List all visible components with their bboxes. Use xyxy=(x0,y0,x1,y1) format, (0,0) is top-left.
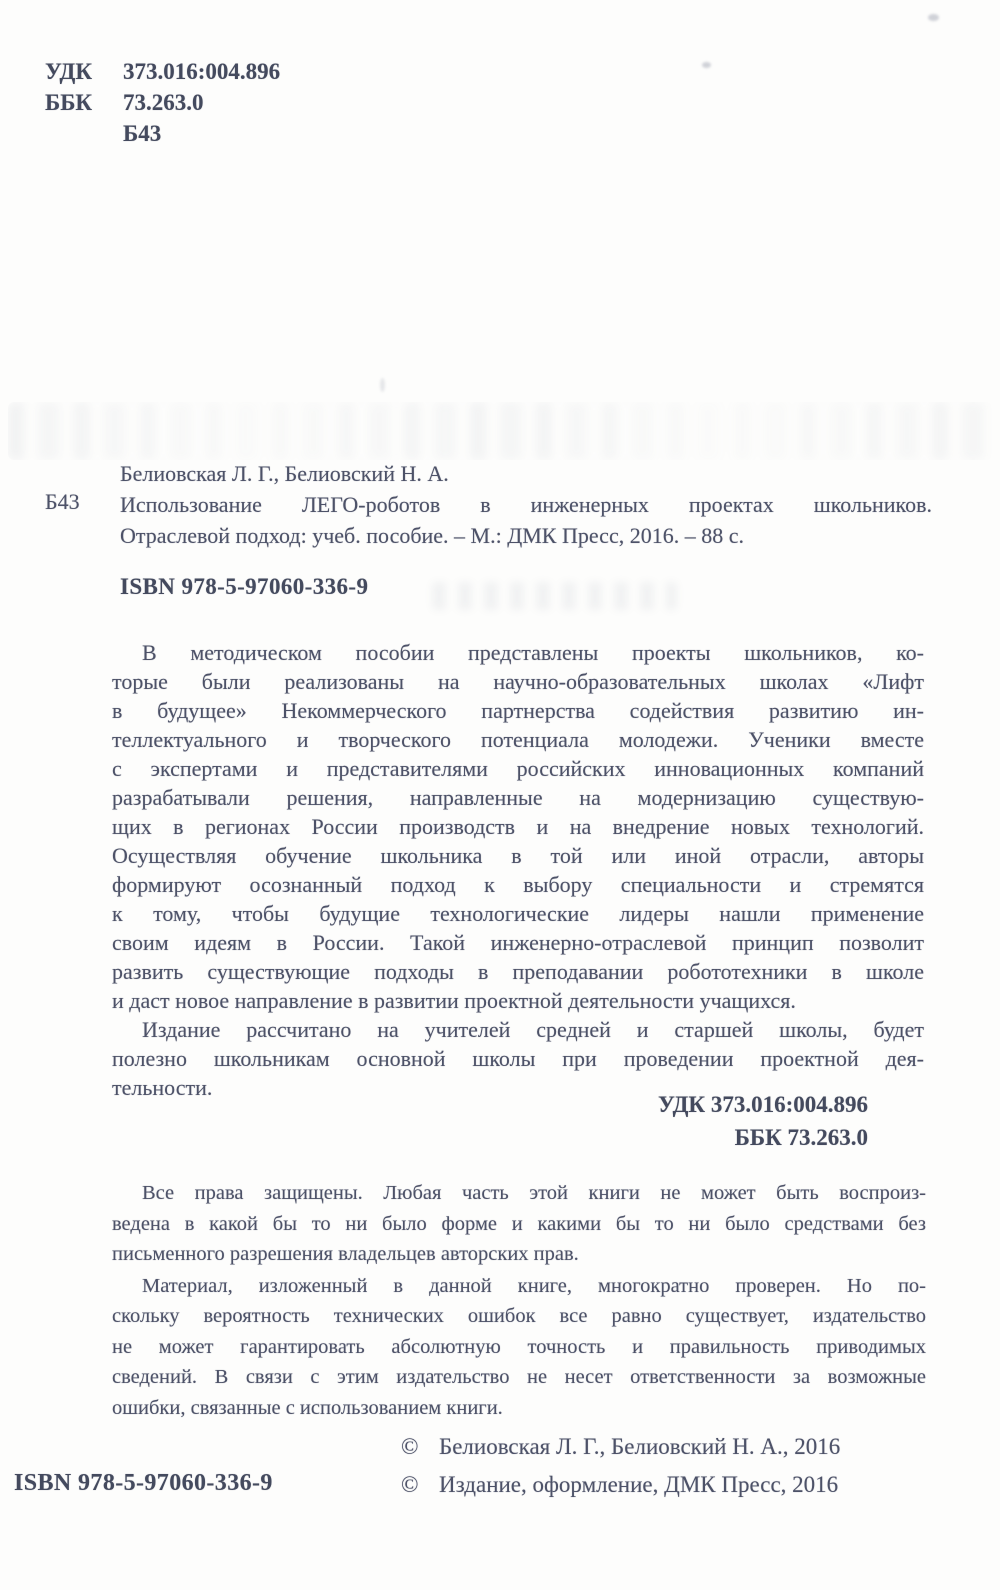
catalog-margin-code: Б43 xyxy=(45,489,80,515)
isbn-bottom: ISBN 978-5-97060-336-9 xyxy=(14,1470,273,1497)
bbk-label: ББК xyxy=(45,87,123,118)
copyright-icon: © xyxy=(401,1466,439,1504)
author-sign: Б43 xyxy=(123,118,161,149)
copyright-authors-text: Белиовская Л. Г., Белиовский Н. А., 2016 xyxy=(439,1428,840,1466)
udk-label: УДК xyxy=(45,56,123,87)
copyright-publisher-text: Издание, оформление, ДМК Пресс, 2016 xyxy=(439,1466,838,1504)
annotation: В методическом пособии представлены прое… xyxy=(112,638,924,1102)
copyright-icon: © xyxy=(401,1428,439,1466)
bbk-code-repeat: ББК 73.263.0 xyxy=(658,1121,868,1154)
copyright-authors-line: © Белиовская Л. Г., Белиовский Н. А., 20… xyxy=(401,1428,840,1466)
classification-codes: УДК 373.016:004.896 ББК 73.263.0 Б43 xyxy=(45,56,280,149)
legal-notices: Все права защищены. Любая часть этой кни… xyxy=(112,1178,926,1423)
catalog-title-lines: Использование ЛЕГО-роботов в инженерных … xyxy=(120,489,932,551)
scan-speck xyxy=(380,378,385,392)
rights-paragraph: Все права защищены. Любая часть этой кни… xyxy=(112,1178,926,1270)
book-imprint-page: УДК 373.016:004.896 ББК 73.263.0 Б43 Б43… xyxy=(0,0,1000,1590)
bleed-through-artifact-small xyxy=(432,582,677,610)
bleed-through-artifact xyxy=(8,402,992,460)
udk-code-repeat: УДК 373.016:004.896 xyxy=(658,1088,868,1121)
isbn-top: ISBN 978-5-97060-336-9 xyxy=(120,574,368,600)
catalog-entry: Белиовская Л. Г., Белиовский Н. А. Испол… xyxy=(120,458,932,551)
scan-speck xyxy=(702,62,711,68)
classification-codes-repeat: УДК 373.016:004.896 ББК 73.263.0 xyxy=(658,1088,868,1154)
catalog-authors: Белиовская Л. Г., Белиовский Н. А. xyxy=(120,458,932,489)
scan-speck xyxy=(928,14,939,21)
copyright-block: © Белиовская Л. Г., Белиовский Н. А., 20… xyxy=(401,1428,840,1504)
bbk-value: 73.263.0 xyxy=(123,87,204,118)
annotation-paragraph-1: В методическом пособии представлены прое… xyxy=(112,638,924,1015)
disclaimer-paragraph: Материал, изложенный в данной книге, мно… xyxy=(112,1271,926,1424)
udk-value: 373.016:004.896 xyxy=(123,56,280,87)
copyright-publisher-line: © Издание, оформление, ДМК Пресс, 2016 xyxy=(401,1466,840,1504)
